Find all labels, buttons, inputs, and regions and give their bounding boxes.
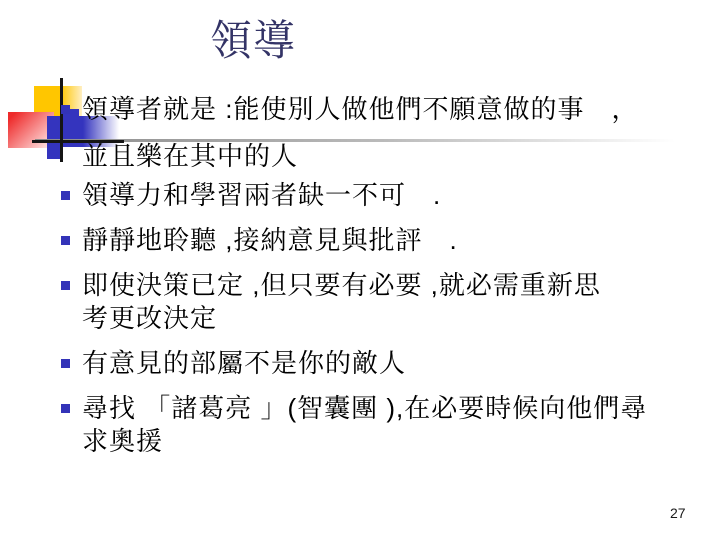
bullet-text: 即使決策已定 ,但只要有必要 ,就必需重新思 xyxy=(82,269,601,302)
bullet-text: 求奧援 xyxy=(82,425,163,458)
bullet-square-icon xyxy=(61,359,70,368)
bullet-item: 尋找 「諸葛亮 」(智囊團 ),在必要時候向他們尋求奧援 xyxy=(60,392,680,458)
bullet-line: 領導者就是 :能使別人做他們不願意做的事 ， xyxy=(60,93,680,126)
bullet-line: 領導力和學習兩者缺一不可 . xyxy=(60,179,680,212)
bullet-line: 有意見的部屬不是你的敵人 xyxy=(60,347,680,380)
slide: 領導 領導者就是 :能使別人做他們不願意做的事 ，並且樂在其中的人領導力和學習兩… xyxy=(0,0,720,540)
bullet-line: 尋找 「諸葛亮 」(智囊團 ),在必要時候向他們尋 xyxy=(60,392,680,425)
bullet-item: 領導力和學習兩者缺一不可 . xyxy=(60,179,680,212)
bullet-item: 有意見的部屬不是你的敵人 xyxy=(60,347,680,380)
bullet-line: 考更改決定 xyxy=(60,302,680,335)
bullet-text: 有意見的部屬不是你的敵人 xyxy=(82,347,406,380)
bullet-line: 並且樂在其中的人 xyxy=(60,140,680,173)
bullet-square-icon xyxy=(61,191,70,200)
bullet-line: 即使決策已定 ,但只要有必要 ,就必需重新思 xyxy=(60,269,680,302)
slide-title: 領導 xyxy=(210,18,296,66)
page-number: 27 xyxy=(670,505,686,521)
bullet-line: 靜靜地聆聽 ,接納意見與批評 . xyxy=(60,224,680,257)
bullet-item: 靜靜地聆聽 ,接納意見與批評 . xyxy=(60,224,680,257)
bullet-square-icon xyxy=(61,404,70,413)
bullet-text: 並且樂在其中的人 xyxy=(82,140,298,173)
bullet-item: 即使決策已定 ,但只要有必要 ,就必需重新思考更改決定 xyxy=(60,269,680,335)
bullet-text: 靜靜地聆聽 ,接納意見與批評 . xyxy=(82,224,458,257)
bullet-text: 考更改決定 xyxy=(82,302,217,335)
bullet-square-icon xyxy=(61,105,70,114)
bullet-list: 領導者就是 :能使別人做他們不願意做的事 ，並且樂在其中的人領導力和學習兩者缺一… xyxy=(60,93,680,470)
bullet-text: 尋找 「諸葛亮 」(智囊團 ),在必要時候向他們尋 xyxy=(82,392,647,425)
bullet-square-icon xyxy=(61,281,70,290)
bullet-text: 領導力和學習兩者缺一不可 . xyxy=(82,179,441,212)
bullet-line: 求奧援 xyxy=(60,425,680,458)
bullet-item: 領導者就是 :能使別人做他們不願意做的事 ，並且樂在其中的人 xyxy=(60,93,680,173)
bullet-square-icon xyxy=(61,236,70,245)
bullet-text: 領導者就是 :能使別人做他們不願意做的事 ， xyxy=(82,93,638,126)
